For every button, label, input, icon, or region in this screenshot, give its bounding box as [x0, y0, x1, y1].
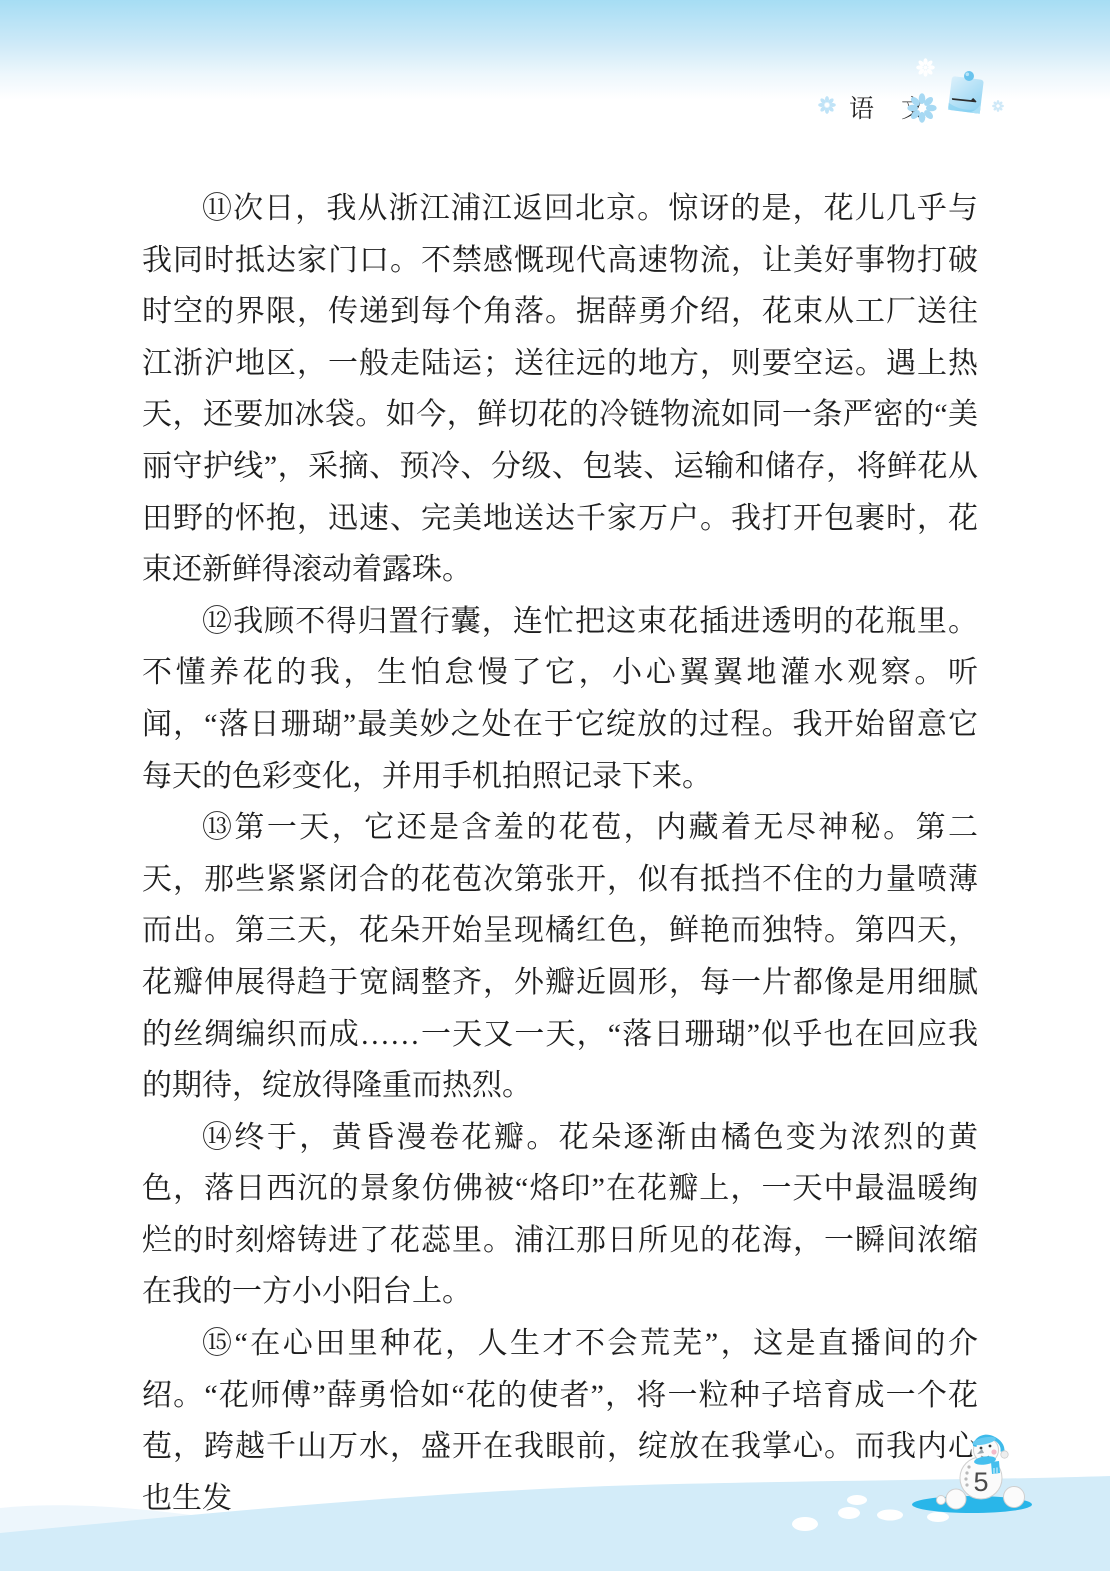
unit-number-label: 一 — [942, 80, 986, 121]
snowflake-icon — [916, 58, 935, 77]
page-number: 5 — [963, 1467, 999, 1499]
footer-wave — [0, 1476, 1110, 1571]
paragraph-13: ⑬第一天，它还是含羞的花苞，内藏着无尽神秘。第二天，那些紧紧闭合的花苞次第张开，… — [142, 802, 978, 1112]
textbook-page: 语文 一 ⑪次日，我从浙江浦江返回北京。惊讶的是，花儿几乎与我同时抵达家门口。不… — [0, 0, 1110, 1571]
snowflake-icon — [907, 93, 937, 123]
subject-title: 语文 — [849, 89, 953, 125]
snowflake-icon — [818, 96, 836, 114]
reading-passage: ⑪次日，我从浙江浦江返回北京。惊讶的是，花儿几乎与我同时抵达家门口。不禁感慨现代… — [142, 183, 978, 1524]
paragraph-11: ⑪次日，我从浙江浦江返回北京。惊讶的是，花儿几乎与我同时抵达家门口。不禁感慨现代… — [142, 183, 978, 596]
footer-illustration — [0, 1411, 1110, 1571]
paragraph-14: ⑭终于，黄昏漫卷花瓣。花朵逐渐由橘色变为浓烈的黄色，落日西沉的景象仿佛被“烙印”… — [142, 1112, 978, 1318]
page-header: 语文 一 — [0, 0, 1110, 140]
paragraph-12: ⑫我顾不得归置行囊，连忙把这束花插进透明的花瓶里。不懂养花的我，生怕怠慢了它，小… — [142, 596, 978, 802]
snowflake-icon — [992, 100, 1004, 112]
